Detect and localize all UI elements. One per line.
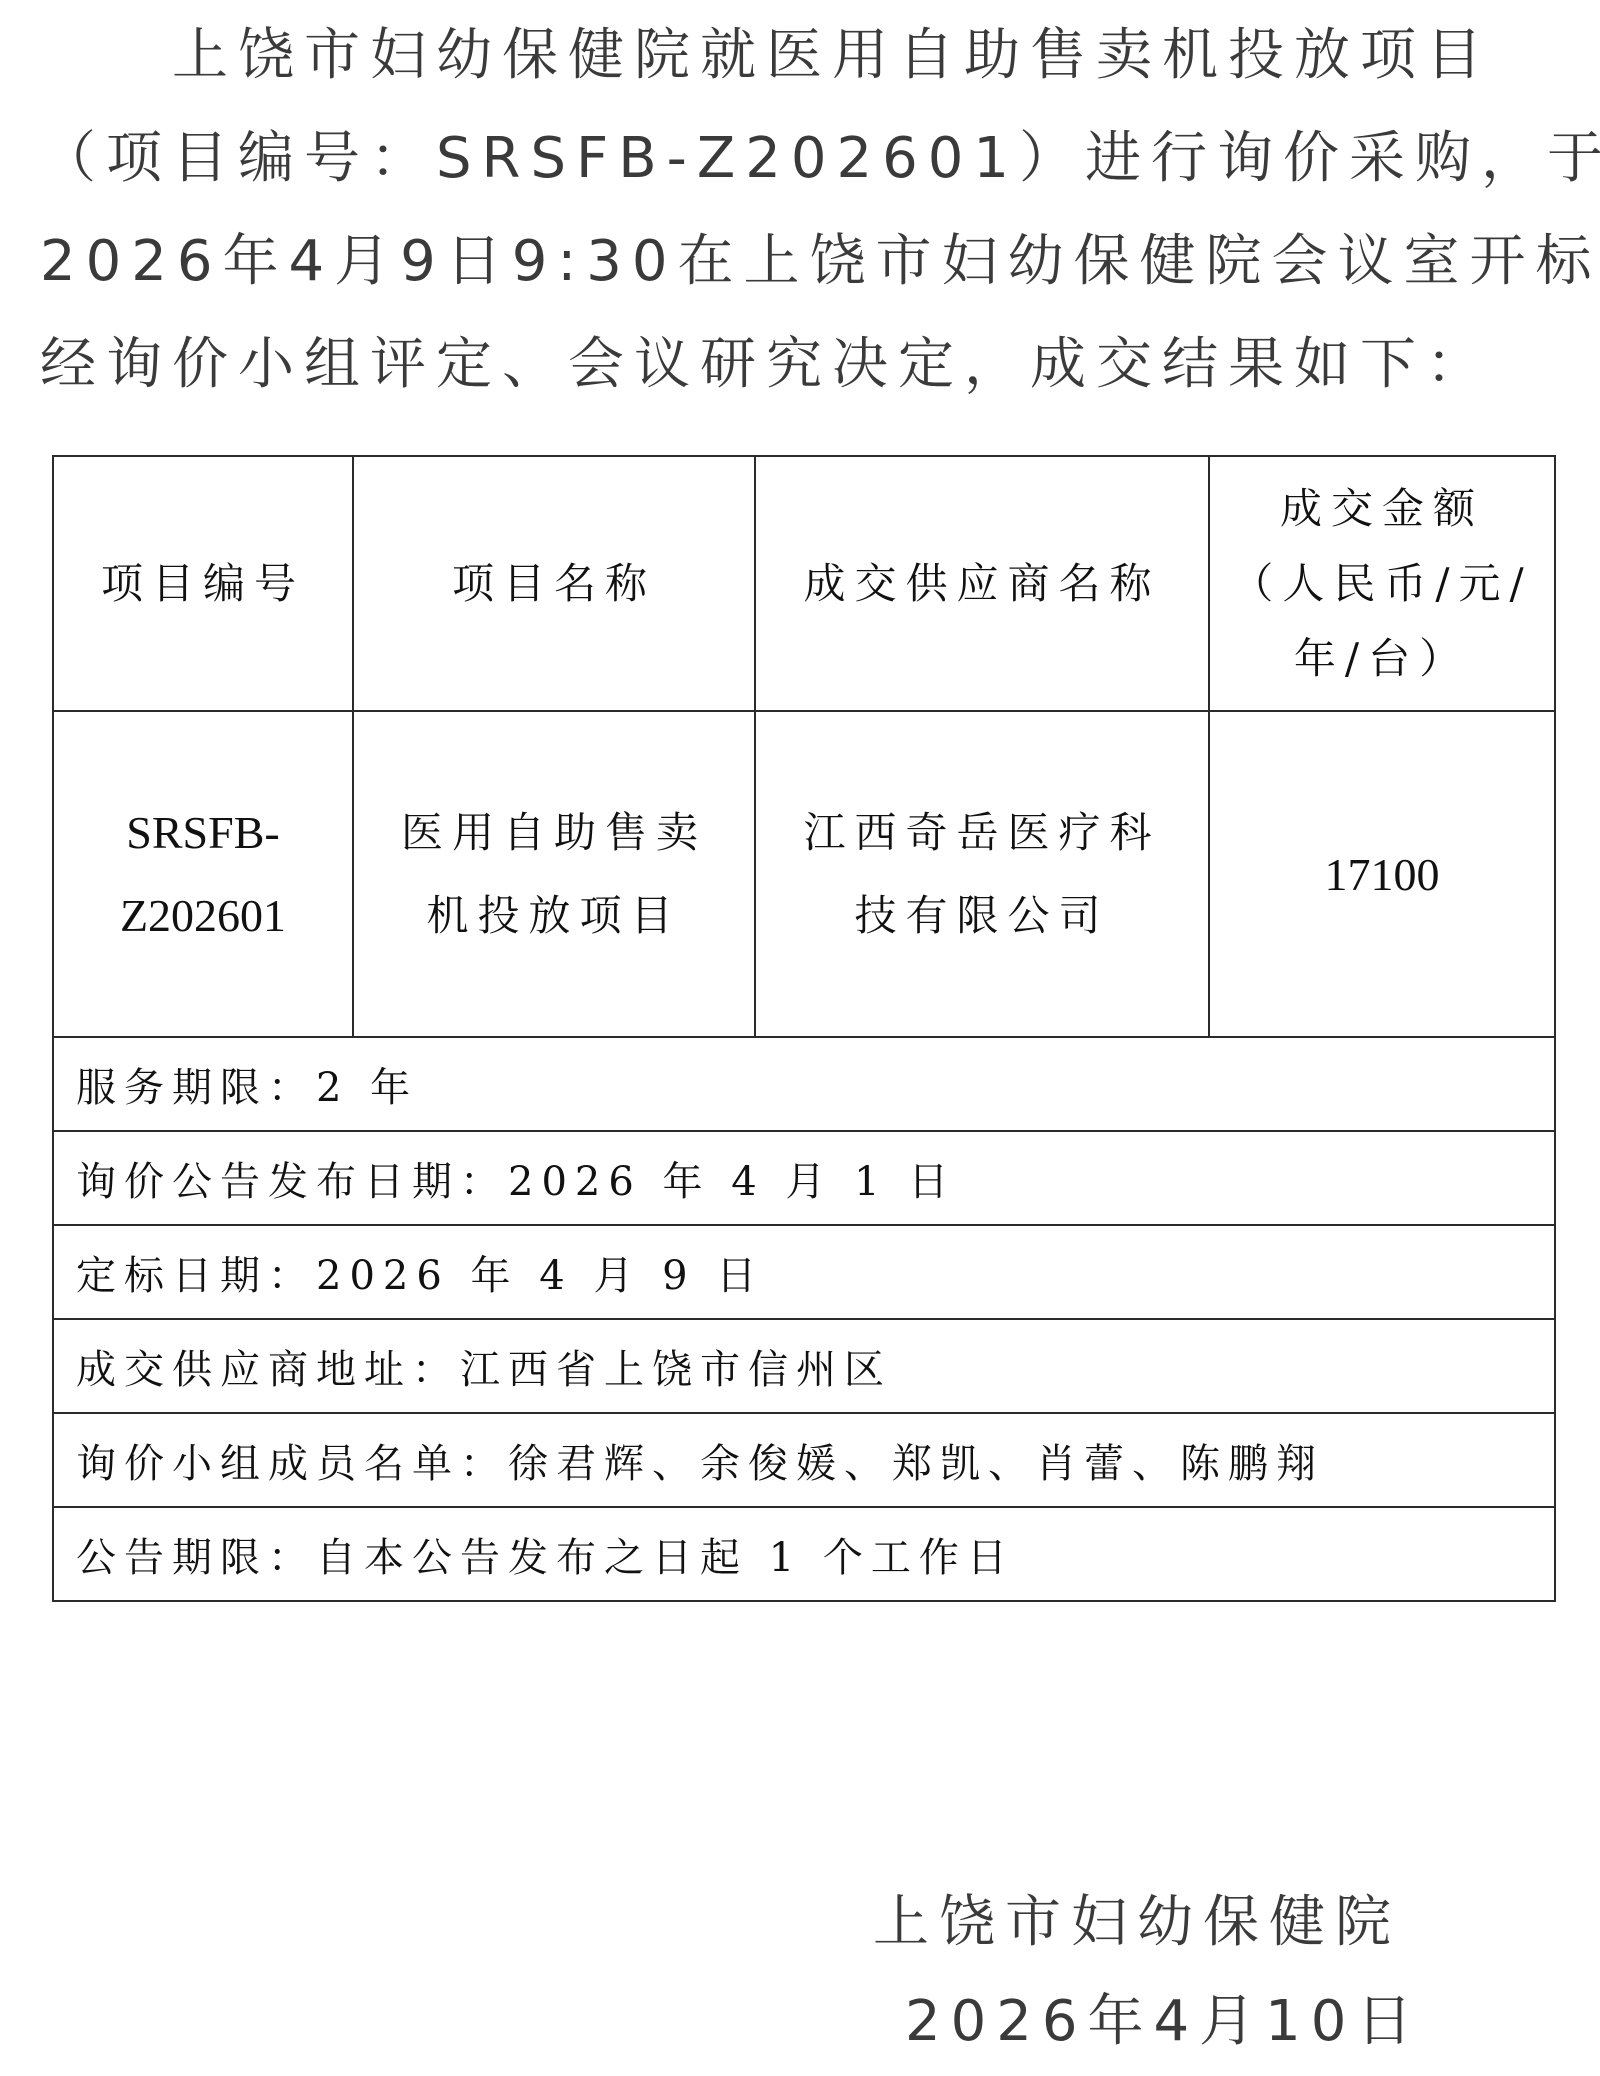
info-cell-notice-period: 公告期限：自本公告发布之日起 1 个工作日 (53, 1507, 1555, 1601)
intro-paragraph: 上饶市妇幼保健院就医用自助售卖机投放项目 （项目编号：SRSFB-Z202601… (40, 4, 1570, 416)
header-supplier-name-label: 成交供应商名称 (756, 546, 1208, 621)
info-value: 自本公告发布之日起 1 个工作日 (316, 1535, 1015, 1581)
info-value: 2026 年 4 月 9 日 (316, 1253, 764, 1299)
header-amount-line-3: 年/台） (1210, 621, 1554, 696)
project-code-line-1: SRSFB- (54, 791, 352, 874)
signature-date: 2026年4月10日 (873, 1982, 1433, 2062)
signature-block: 上饶市妇幼保健院 2026年4月10日 (873, 1878, 1433, 2062)
signature-organization: 上饶市妇幼保健院 (873, 1878, 1433, 1982)
header-amount: 成交金额 （人民币/元/ 年/台） (1209, 456, 1555, 711)
info-value: 江西省上饶市信州区 (460, 1347, 892, 1393)
header-supplier-name: 成交供应商名称 (755, 456, 1209, 711)
info-value: 徐君辉、余俊媛、郑凯、肖蕾、陈鹏翔 (508, 1441, 1324, 1487)
project-code-line-2: Z202601 (54, 874, 352, 957)
info-cell-notice-date: 询价公告发布日期：2026 年 4 月 1 日 (53, 1131, 1555, 1225)
info-row-award-date: 定标日期：2026 年 4 月 9 日 (53, 1225, 1555, 1319)
info-row-service-period: 服务期限：2 年 (53, 1037, 1555, 1131)
info-row-supplier-address: 成交供应商地址：江西省上饶市信州区 (53, 1319, 1555, 1413)
info-row-notice-period: 公告期限：自本公告发布之日起 1 个工作日 (53, 1507, 1555, 1601)
table-header-row: 项目编号 项目名称 成交供应商名称 成交金额 （人民币/元/ 年/台） (53, 456, 1555, 711)
header-amount-line-1: 成交金额 (1210, 471, 1554, 546)
project-name-line-1: 医用自助售卖 (354, 791, 754, 874)
info-label: 定标日期： (76, 1253, 316, 1299)
info-label: 询价公告发布日期： (76, 1159, 508, 1205)
info-cell-panel-members: 询价小组成员名单：徐君辉、余俊媛、郑凯、肖蕾、陈鹏翔 (53, 1413, 1555, 1507)
amount-value: 17100 (1210, 833, 1554, 916)
info-label: 服务期限： (76, 1065, 316, 1111)
project-name-line-2: 机投放项目 (354, 874, 754, 957)
header-project-code-label: 项目编号 (54, 546, 352, 621)
intro-line-3: 2026年4月9日9:30在上饶市妇幼保健院会议室开标， (40, 210, 1570, 313)
info-cell-supplier-address: 成交供应商地址：江西省上饶市信州区 (53, 1319, 1555, 1413)
intro-line-4: 经询价小组评定、会议研究决定，成交结果如下： (40, 313, 1570, 416)
info-row-panel-members: 询价小组成员名单：徐君辉、余俊媛、郑凯、肖蕾、陈鹏翔 (53, 1413, 1555, 1507)
table-row: SRSFB- Z202601 医用自助售卖 机投放项目 江西奇岳医疗科 技有限公… (53, 711, 1555, 1037)
header-amount-line-2: （人民币/元/ (1210, 546, 1554, 621)
cell-supplier-name: 江西奇岳医疗科 技有限公司 (755, 711, 1209, 1037)
info-cell-award-date: 定标日期：2026 年 4 月 9 日 (53, 1225, 1555, 1319)
intro-line-2: （项目编号：SRSFB-Z202601）进行询价采购，于 (40, 107, 1570, 210)
cell-amount: 17100 (1209, 711, 1555, 1037)
header-project-name-label: 项目名称 (354, 546, 754, 621)
header-project-code: 项目编号 (53, 456, 353, 711)
info-value: 2026 年 4 月 1 日 (508, 1159, 956, 1205)
cell-project-code: SRSFB- Z202601 (53, 711, 353, 1037)
info-value: 2 年 (316, 1065, 418, 1111)
info-label: 公告期限： (76, 1535, 316, 1581)
supplier-line-2: 技有限公司 (756, 874, 1208, 957)
info-row-notice-date: 询价公告发布日期：2026 年 4 月 1 日 (53, 1131, 1555, 1225)
intro-line-1: 上饶市妇幼保健院就医用自助售卖机投放项目 (40, 4, 1570, 107)
header-project-name: 项目名称 (353, 456, 755, 711)
info-cell-service-period: 服务期限：2 年 (53, 1037, 1555, 1131)
info-label: 询价小组成员名单： (76, 1441, 508, 1487)
supplier-line-1: 江西奇岳医疗科 (756, 791, 1208, 874)
result-table: 项目编号 项目名称 成交供应商名称 成交金额 （人民币/元/ 年/台） SRSF… (52, 455, 1556, 1602)
cell-project-name: 医用自助售卖 机投放项目 (353, 711, 755, 1037)
info-label: 成交供应商地址： (76, 1347, 460, 1393)
